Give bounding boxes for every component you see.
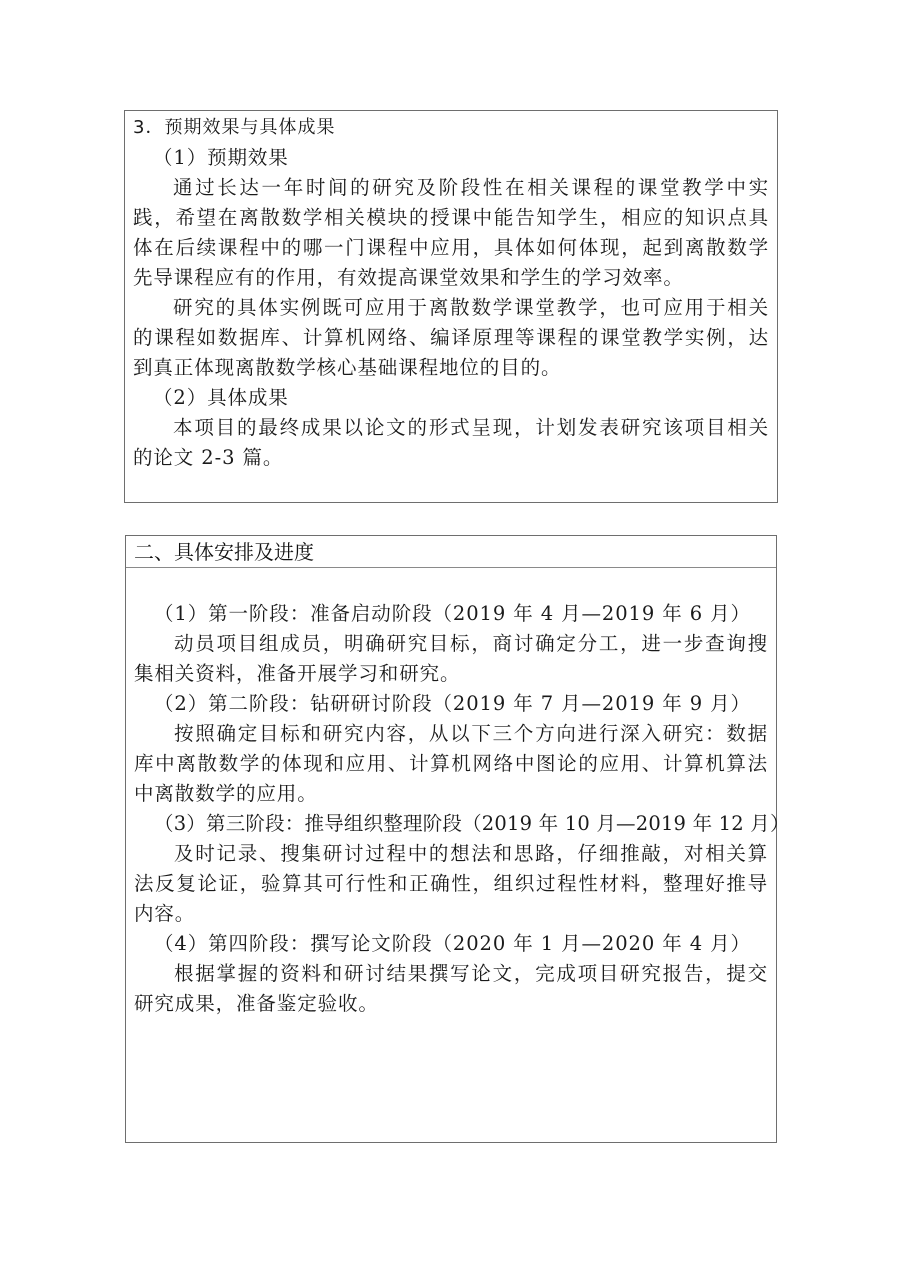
- paragraph-line: 践，希望在离散数学相关模块的授课中能告知学生，相应的知识点具: [133, 203, 769, 233]
- paragraph-line: 先导课程应有的作用，有效提高课堂效果和学生的学习效率。: [133, 263, 769, 293]
- paragraph-line: 通过长达一年时间的研究及阶段性在相关课程的课堂教学中实: [133, 173, 769, 203]
- stage-line: 内容。: [134, 899, 768, 929]
- subheading-specific-results: （2）具体成果: [133, 383, 769, 413]
- paragraph-line: 本项目的最终成果以论文的形式呈现，计划发表研究该项目相关: [133, 413, 769, 443]
- stage-heading: （4）第四阶段：撰写论文阶段（2020 年 1 月—2020 年 4 月）: [134, 929, 768, 959]
- subheading-expected-effect: （1）预期效果: [133, 143, 769, 173]
- stage-heading: （1）第一阶段：准备启动阶段（2019 年 4 月—2019 年 6 月）: [134, 599, 768, 629]
- stage-heading: （2）第二阶段：钻研研讨阶段（2019 年 7 月—2019 年 9 月）: [134, 689, 768, 719]
- stage-heading: （3）第三阶段：推导组织整理阶段（2019 年 10 月—2019 年 12 月…: [134, 809, 768, 839]
- stage-line: 研究成果，准备鉴定验收。: [134, 989, 768, 1019]
- paragraph-line: 体在后续课程中的哪一门课程中应用，具体如何体现，起到离散数学: [133, 233, 769, 263]
- section-title: 3．预期效果与具体成果: [133, 113, 769, 143]
- stage-line: 动员项目组成员，明确研究目标，商讨确定分工，进一步查询搜: [134, 629, 768, 659]
- stage-line: 按照确定目标和研究内容，从以下三个方向进行深入研究：数据: [134, 719, 768, 749]
- stage-line: 法反复论证，验算其可行性和正确性，组织过程性材料，整理好推导: [134, 869, 768, 899]
- stage-line: 库中离散数学的体现和应用、计算机网络中图论的应用、计算机算法: [134, 749, 768, 779]
- paragraph-line: 到真正体现离散数学核心基础课程地位的目的。: [133, 353, 769, 383]
- schedule-box: 二、具体安排及进度 （1）第一阶段：准备启动阶段（2019 年 4 月—2019…: [125, 535, 777, 1143]
- stage-line: 根据掌握的资料和研讨结果撰写论文，完成项目研究报告，提交: [134, 959, 768, 989]
- stage-line: 中离散数学的应用。: [134, 779, 768, 809]
- stage-line: 及时记录、搜集研讨过程中的想法和思路，仔细推敲，对相关算: [134, 839, 768, 869]
- stage-line: 集相关资料，准备开展学习和研究。: [134, 659, 768, 689]
- paragraph-line: 研究的具体实例既可应用于离散数学课堂教学，也可应用于相关: [133, 293, 769, 323]
- schedule-header: 二、具体安排及进度: [126, 536, 776, 568]
- expected-results-box: 3．预期效果与具体成果 （1）预期效果 通过长达一年时间的研究及阶段性在相关课程…: [124, 110, 778, 503]
- paragraph-line: 的论文 2-3 篇。: [133, 443, 769, 473]
- paragraph-line: 的课程如数据库、计算机网络、编译原理等课程的课堂教学实例，达: [133, 323, 769, 353]
